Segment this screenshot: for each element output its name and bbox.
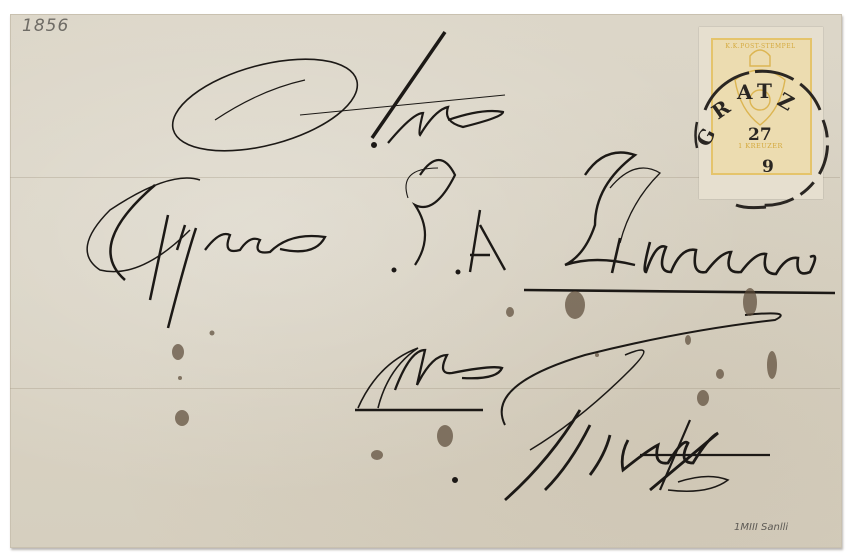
handwriting-an [163, 32, 505, 168]
handwriting-in [355, 348, 502, 410]
postmark-town: A [736, 80, 753, 104]
gratz-postmark: G R A T Z 27 9 [691, 71, 827, 207]
handwriting-and-postmark: G R A T Z 27 9 [0, 0, 850, 560]
handwriting-signor-liliozza [87, 153, 835, 329]
svg-text:Z: Z [774, 88, 799, 116]
pencil-signature: 1MIII Sanlli [734, 522, 788, 533]
svg-text:T: T [757, 79, 772, 103]
postmark-month: 9 [762, 157, 774, 177]
ink-blots [172, 288, 777, 460]
handwriting-triest [453, 313, 781, 500]
postmark-day: 27 [748, 125, 772, 145]
